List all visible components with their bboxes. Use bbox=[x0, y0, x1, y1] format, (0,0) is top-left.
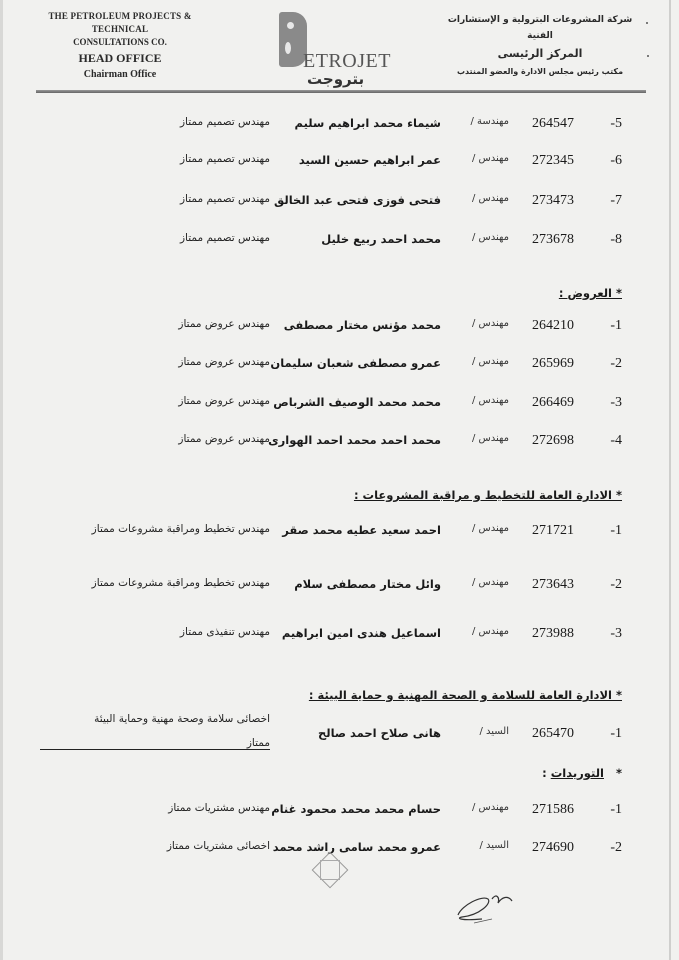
signature-icon bbox=[452, 885, 522, 925]
header-english: THE PETROLEUM PROJECTS & TECHNICAL CONSU… bbox=[20, 10, 220, 83]
employee-id: 272345 bbox=[532, 153, 574, 169]
job-title: مهندس تنفيذى ممتاز bbox=[40, 626, 270, 638]
job-title: مهندس عروض ممتاز bbox=[40, 433, 270, 445]
honorific: السيد / bbox=[439, 840, 509, 851]
job-title-text: مهندس عروض ممتاز bbox=[40, 395, 270, 407]
job-title: مهندس مشتريات ممتاز bbox=[40, 802, 270, 814]
job-title: مهندس عروض ممتاز bbox=[40, 356, 270, 368]
dot-mark bbox=[647, 55, 649, 57]
job-title-text: مهندس تنفيذى ممتاز bbox=[40, 626, 270, 638]
job-title: مهندس تخطيط ومراقبة مشروعات ممتاز bbox=[40, 577, 270, 589]
row-index: -8 bbox=[610, 232, 622, 248]
job-title-text: مهندس تصميم ممتاز bbox=[40, 153, 270, 165]
job-title: اخصائى مشتريات ممتاز bbox=[40, 840, 270, 852]
table-row: -3 266469 مهندس / محمد محمد الوصيف الشرب… bbox=[0, 395, 679, 417]
employee-id: 272698 bbox=[532, 433, 574, 449]
section-heading-safety: * الادارة العامة للسلامة و الصحة المهنية… bbox=[309, 688, 622, 702]
job-title-text: اخصائى سلامة وصحة مهنية وحماية البيئة bbox=[40, 713, 270, 725]
bullet: * bbox=[616, 766, 622, 780]
table-row: -6 272345 مهندس / عمر ابراهيم حسين السيد… bbox=[0, 153, 679, 175]
header-arabic: شركة المشروعات البترولية و الإستشارات ال… bbox=[440, 12, 640, 80]
job-title: مهندس تصميم ممتاز bbox=[40, 116, 270, 128]
job-title-text: مهندس عروض ممتاز bbox=[40, 356, 270, 368]
row-index: -5 bbox=[610, 116, 622, 132]
honorific: مهندس / bbox=[439, 153, 509, 164]
table-row: -1 271586 مهندس / حسام محمد محمد محمود غ… bbox=[0, 802, 679, 824]
employee-id: 273473 bbox=[532, 193, 574, 209]
row-index: -2 bbox=[610, 577, 622, 593]
row-index: -4 bbox=[610, 433, 622, 449]
company-name-ar: شركة المشروعات البترولية و الإستشارات ال… bbox=[440, 12, 640, 44]
job-title-text: مهندس تخطيط ومراقبة مشروعات ممتاز bbox=[40, 577, 270, 589]
stamp-seal-inner-icon bbox=[320, 860, 340, 880]
header-divider bbox=[36, 90, 646, 93]
logo-drop-icon bbox=[285, 42, 291, 54]
row-index: -3 bbox=[610, 626, 622, 642]
row-index: -1 bbox=[610, 523, 622, 539]
company-name-en: THE PETROLEUM PROJECTS & TECHNICAL bbox=[20, 10, 220, 36]
dot-mark bbox=[646, 22, 648, 24]
job-title-text: اخصائى مشتريات ممتاز bbox=[40, 840, 270, 852]
honorific: مهندس / bbox=[439, 523, 509, 534]
job-title: اخصائى سلامة وصحة مهنية وحماية البيئة bbox=[40, 713, 270, 725]
row-index: -1 bbox=[610, 318, 622, 334]
employee-id: 266469 bbox=[532, 395, 574, 411]
petrojet-logo: ETROJET بتروجت bbox=[275, 12, 395, 82]
job-title: مهندس عروض ممتاز bbox=[40, 395, 270, 407]
row-index: -2 bbox=[610, 840, 622, 856]
job-title: مهندس تخطيط ومراقبة مشروعات ممتاز bbox=[40, 523, 270, 535]
chairman-office-ar: مكتب رئيس مجلس الادارة والعضو المنتدب bbox=[440, 64, 640, 80]
employee-id: 273678 bbox=[532, 232, 574, 248]
job-title: مهندس تصميم ممتاز bbox=[40, 232, 270, 244]
job-title-text: مهندس تصميم ممتاز bbox=[40, 232, 270, 244]
job-title-line2: ممتاز bbox=[40, 737, 270, 750]
employee-id: 273988 bbox=[532, 626, 574, 642]
employee-id: 265969 bbox=[532, 356, 574, 372]
section-heading-planning: * الادارة العامة للتخطيط و مراقبة المشرو… bbox=[354, 488, 622, 502]
section-heading-offers: * العروض : bbox=[559, 286, 622, 300]
table-row: -7 273473 مهندس / فتحى فوزى فتحى عبد الخ… bbox=[0, 193, 679, 215]
job-title: مهندس تصميم ممتاز bbox=[40, 193, 270, 205]
head-office-ar: المركز الرئيسى bbox=[440, 44, 640, 64]
honorific: مهندس / bbox=[439, 395, 509, 406]
table-row: -2 274690 السيد / عمرو محمد سامى راشد مح… bbox=[0, 840, 679, 862]
table-row: -3 273988 مهندس / اسماعيل هندى امين ابرا… bbox=[0, 626, 679, 648]
job-title: مهندس تصميم ممتاز bbox=[40, 153, 270, 165]
heading-colon: : bbox=[542, 766, 547, 780]
honorific: مهندس / bbox=[439, 232, 509, 243]
honorific: السيد / bbox=[439, 726, 509, 737]
job-title-text: مهندس مشتريات ممتاز bbox=[40, 802, 270, 814]
table-row: -1 264210 مهندس / محمد مؤنس مختار مصطفى … bbox=[0, 318, 679, 340]
employee-id: 274690 bbox=[532, 840, 574, 856]
row-index: -7 bbox=[610, 193, 622, 209]
honorific: مهندس / bbox=[439, 356, 509, 367]
head-office-label: HEAD OFFICE bbox=[20, 49, 220, 67]
job-title-text: مهندس تصميم ممتاز bbox=[40, 116, 270, 128]
job-title-text: مهندس عروض ممتاز bbox=[40, 433, 270, 445]
row-index: -6 bbox=[610, 153, 622, 169]
table-row: -5 264547 مهندسة / شيماء محمد ابراهيم سل… bbox=[0, 116, 679, 138]
job-title: مهندس عروض ممتاز bbox=[40, 318, 270, 330]
table-row: -8 273678 مهندس / محمد احمد ربيع خليل مه… bbox=[0, 232, 679, 254]
table-row: -2 265969 مهندس / عمرو مصطفى شعبان سليما… bbox=[0, 356, 679, 378]
section-heading-supplies: * التوريدات : bbox=[542, 766, 622, 780]
chairman-office-label: Chairman Office bbox=[20, 67, 220, 83]
table-row: -2 273643 مهندس / وائل مختار مصطفى سلام … bbox=[0, 577, 679, 599]
row-index: -3 bbox=[610, 395, 622, 411]
employee-id: 264547 bbox=[532, 116, 574, 132]
document-page: THE PETROLEUM PROJECTS & TECHNICAL CONSU… bbox=[0, 0, 679, 960]
employee-id: 264210 bbox=[532, 318, 574, 334]
row-index: -1 bbox=[610, 802, 622, 818]
job-title-text: مهندس تصميم ممتاز bbox=[40, 193, 270, 205]
honorific: مهندس / bbox=[439, 193, 509, 204]
employee-id: 271586 bbox=[532, 802, 574, 818]
logo-arabic-text: بتروجت bbox=[307, 70, 364, 88]
employee-id: 271721 bbox=[532, 523, 574, 539]
job-title-text: مهندس عروض ممتاز bbox=[40, 318, 270, 330]
company-name-en-2: CONSULTATIONS CO. bbox=[20, 36, 220, 49]
table-row: -4 272698 مهندس / محمد احمد محمد احمد ال… bbox=[0, 433, 679, 455]
supplies-heading-text: التوريدات bbox=[551, 766, 604, 780]
employee-id: 265470 bbox=[532, 726, 574, 742]
row-index: -1 bbox=[610, 726, 622, 742]
table-row: -1 271721 مهندس / احمد سعيد عطيه محمد صق… bbox=[0, 523, 679, 545]
honorific: مهندس / bbox=[439, 433, 509, 444]
honorific: مهندسة / bbox=[439, 116, 509, 127]
job-title-text: مهندس تخطيط ومراقبة مشروعات ممتاز bbox=[40, 523, 270, 535]
job-title-text-line2: ممتاز bbox=[40, 737, 270, 750]
employee-id: 273643 bbox=[532, 577, 574, 593]
honorific: مهندس / bbox=[439, 802, 509, 813]
honorific: مهندس / bbox=[439, 577, 509, 588]
row-index: -2 bbox=[610, 356, 622, 372]
honorific: مهندس / bbox=[439, 626, 509, 637]
honorific: مهندس / bbox=[439, 318, 509, 329]
